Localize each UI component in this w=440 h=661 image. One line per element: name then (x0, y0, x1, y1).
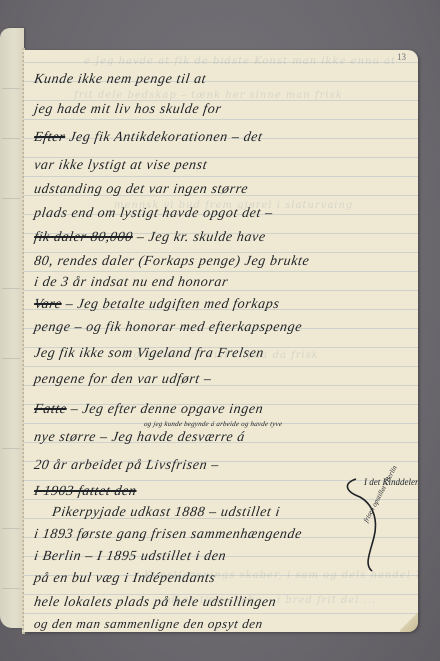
notebook-page: e Jeg havde at fik de bidste Konst man i… (24, 50, 418, 632)
handwritten-line: var ikke lystigt at vise penst (33, 158, 208, 174)
handwritten-line: Fatte – Jeg efter denne opgave ingen (33, 402, 264, 418)
page-number: 13 (397, 52, 406, 62)
handwritten-line: pengene for den var udført – (33, 372, 213, 388)
handwritten-line: 20 år arbeidet på Livsfrisen – (33, 458, 220, 474)
handwritten-line: i Berlin – I 1895 udstillet i den (33, 549, 227, 565)
handwritten-line: plads end om lystigt havde opgot det – (33, 206, 274, 222)
handwritten-line: jeg hade mit liv hos skulde for (33, 102, 223, 118)
bleed-through-text: e Jeg havde at fik de bidste Konst man i… (84, 56, 396, 67)
bleed-through-text: frit dele bedskap – tænk her sinne man f… (74, 90, 343, 101)
page-corner (400, 610, 418, 632)
handwritten-line: Pikerpyjade udkast 1888 – udstillet i (51, 505, 281, 521)
struck-word: Vare (33, 297, 63, 312)
handwritten-line: nye større – Jeg havde desværre á (33, 430, 246, 446)
handwritten-line: i de 3 år indsat nu end honorar (33, 275, 229, 291)
handwritten-line: 80, rendes daler (Forkaps penge) Jeg bru… (33, 254, 311, 270)
handwritten-line: fik daler 80,000 – Jeg kr. skulde have (33, 230, 267, 246)
handwritten-line: Vare – Jeg betalte udgiften med forkaps (33, 297, 281, 313)
handwritten-line: Jeg fik ikke som Vigeland fra Frelsen (33, 346, 265, 362)
handwritten-line: penge – og fik honorar med efterkapspeng… (33, 320, 303, 336)
handwritten-line: Kunde ikke nem penge til at (33, 72, 207, 88)
handwritten-line: og den man sammenligne den opsyt den (33, 616, 264, 632)
struck-line: I 1903 fattet den (33, 484, 137, 499)
handwritten-line: på en bul væg i Indépendants (33, 571, 217, 587)
handwritten-line: Efter Jeg fik Antikdekorationen – det (33, 130, 264, 146)
struck-word: fik daler 80,000 (33, 230, 134, 245)
handwritten-line: I 1903 fattet den (33, 484, 138, 500)
handwritten-line: i 1893 første gang frisen sammenhængende (33, 527, 303, 543)
previous-page-edge (0, 28, 24, 628)
struck-word: Fatte (33, 402, 68, 417)
handwritten-line: hele lokalets plads på hele udstillingen (33, 595, 277, 611)
struck-word: Efter (33, 130, 66, 145)
handwritten-line: udstanding og det var ingen større (33, 182, 249, 198)
interlinear-insertion: og jeg kunde begynde á arbeide og havde … (143, 420, 282, 428)
